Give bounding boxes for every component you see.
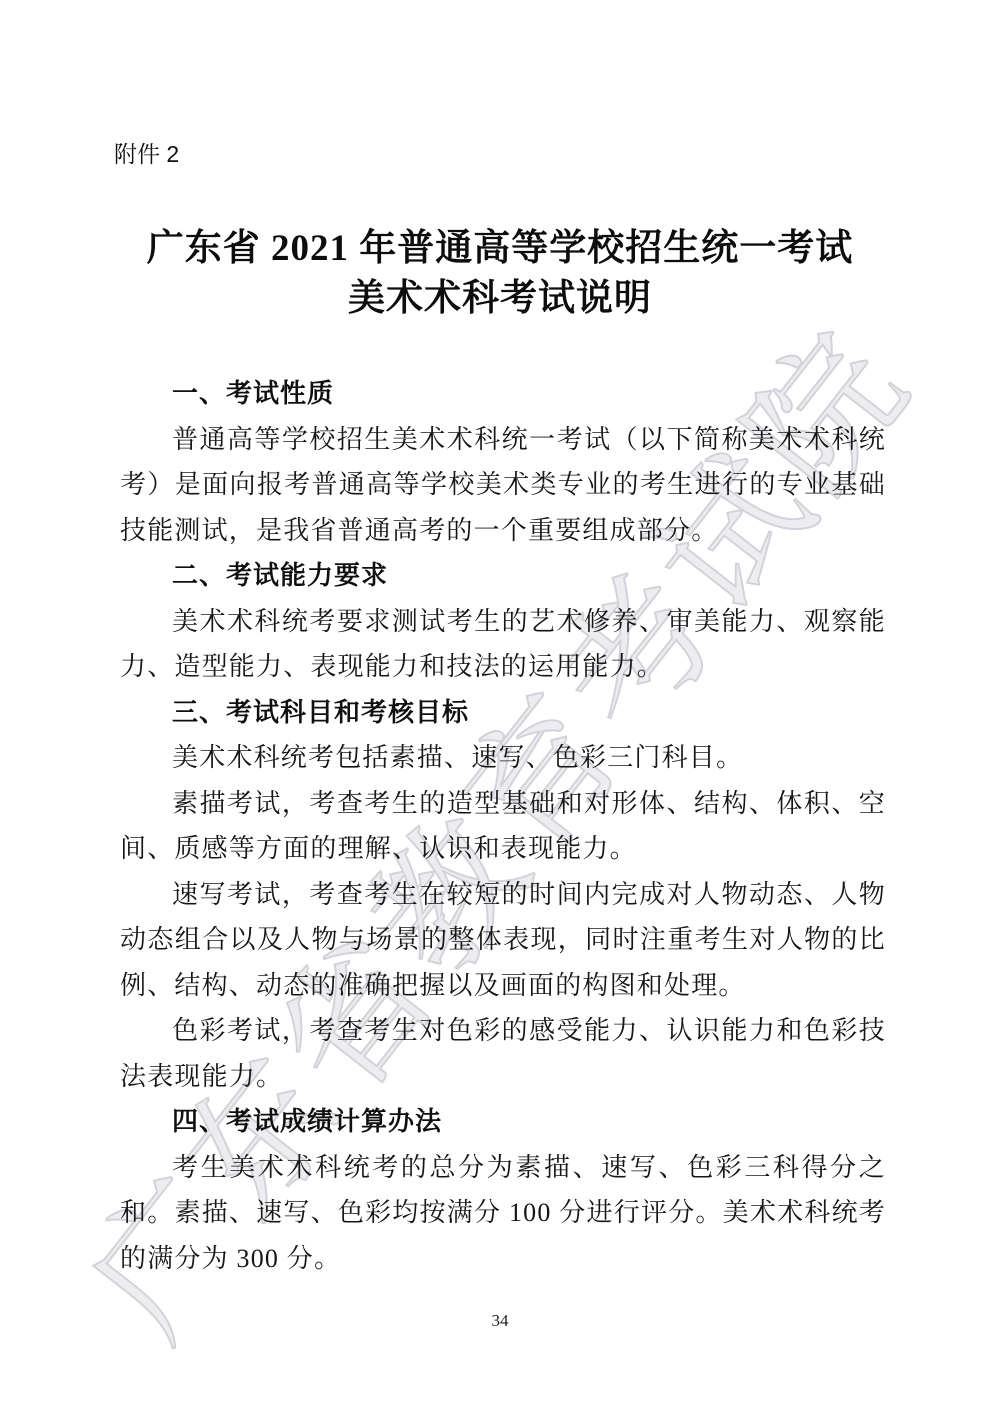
document-title-line-1: 广东省 2021 年普通高等学校招生统一考试 <box>0 224 1000 274</box>
section-3-paragraph-1: 美术术科统考包括素描、速写、色彩三门科目。 <box>120 735 886 781</box>
section-exam-nature: 一、考试性质 普通高等学校招生美术术科统一考试（以下简称美术术科统考）是面向报考… <box>120 371 886 553</box>
section-2-paragraph-1: 美术术科统考要求测试考生的艺术修养、审美能力、观察能力、造型能力、表现能力和技法… <box>120 599 886 690</box>
document-title-line-2: 美术术科考试说明 <box>0 274 1000 324</box>
section-4-paragraph-1: 考生美术术科统考的总分为素描、速写、色彩三科得分之和。素描、速写、色彩均按满分 … <box>120 1145 886 1282</box>
section-heading-1: 一、考试性质 <box>120 371 886 417</box>
section-3-paragraph-4: 色彩考试，考查考生对色彩的感受能力、认识能力和色彩技法表现能力。 <box>120 1008 886 1099</box>
section-heading-2: 二、考试能力要求 <box>120 553 886 599</box>
section-heading-3: 三、考试科目和考核目标 <box>120 690 886 736</box>
section-ability-requirements: 二、考试能力要求 美术术科统考要求测试考生的艺术修养、审美能力、观察能力、造型能… <box>120 553 886 690</box>
section-score-calculation: 四、考试成绩计算办法 考生美术术科统考的总分为素描、速写、色彩三科得分之和。素描… <box>120 1099 886 1281</box>
section-3-paragraph-2: 素描考试，考查考生的造型基础和对形体、结构、体积、空间、质感等方面的理解、认识和… <box>120 781 886 872</box>
attachment-label: 附件 2 <box>114 136 179 169</box>
section-3-paragraph-3: 速写考试，考查考生在较短的时间内完成对人物动态、人物动态组合以及人物与场景的整体… <box>120 872 886 1009</box>
section-1-paragraph-1: 普通高等学校招生美术术科统一考试（以下简称美术术科统考）是面向报考普通高等学校美… <box>120 417 886 554</box>
document-title: 广东省 2021 年普通高等学校招生统一考试 美术术科考试说明 <box>0 224 1000 324</box>
section-subjects-and-goals: 三、考试科目和考核目标 美术术科统考包括素描、速写、色彩三门科目。 素描考试，考… <box>120 690 886 1100</box>
document-page: 广东省教育考试院 附件 2 广东省 2021 年普通高等学校招生统一考试 美术术… <box>0 0 1000 1414</box>
page-number: 34 <box>0 1311 1000 1331</box>
document-body: 一、考试性质 普通高等学校招生美术术科统一考试（以下简称美术术科统考）是面向报考… <box>120 371 886 1281</box>
section-heading-4: 四、考试成绩计算办法 <box>120 1099 886 1145</box>
